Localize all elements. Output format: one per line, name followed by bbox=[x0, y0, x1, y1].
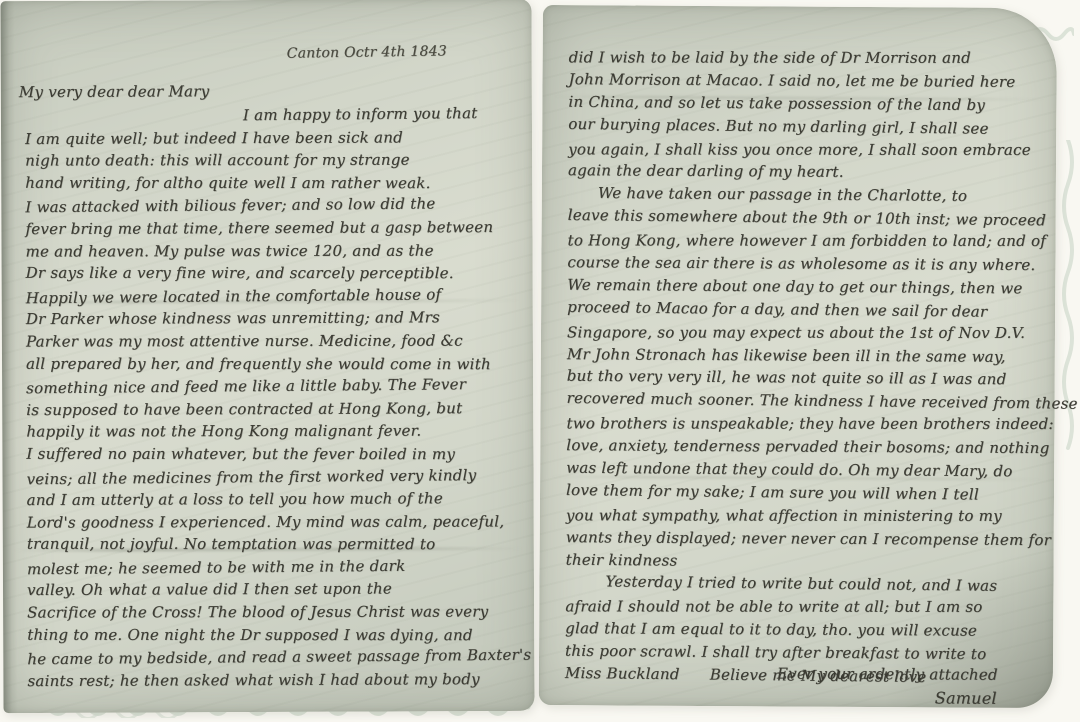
handwritten-line: tranquil, not joyful. No temptation was … bbox=[27, 533, 522, 556]
handwritten-line: valley. Oh what a value did I then set u… bbox=[27, 577, 522, 602]
handwritten-line: love them for my sake; I am sure you wil… bbox=[566, 479, 1044, 507]
handwritten-line: nigh unto death: this will account for m… bbox=[25, 149, 520, 173]
handwritten-line: to Hong Kong, where however I am forbidd… bbox=[568, 229, 1046, 252]
handwritten-line: I suffered no pain whatever, but the fev… bbox=[26, 443, 521, 466]
handwritten-line: me and heaven. My pulse was twice 120, a… bbox=[26, 239, 521, 263]
handwritten-line: two brothers is unspeakable; they have b… bbox=[566, 413, 1044, 436]
handwritten-line: all prepared by her, and frequently she … bbox=[26, 352, 521, 375]
handwritten-line: something nice and feed me like a little… bbox=[26, 373, 521, 400]
handwritten-line: Lord's goodness I experienced. My mind w… bbox=[27, 510, 522, 534]
handwritten-line: Singapore, so you may expect us about th… bbox=[567, 321, 1045, 344]
handwritten-line: leave this somewhere about the 9th or 10… bbox=[568, 204, 1046, 232]
handwritten-line: he came to my bedside, and read a sweet … bbox=[27, 644, 522, 671]
handwritten-line: fever bring me that time, there seemed b… bbox=[25, 216, 520, 241]
handwritten-line: I was attacked with bilious fever; and s… bbox=[25, 192, 520, 219]
letter-page-right: did I wish to be laid by the side of Dr … bbox=[539, 5, 1057, 708]
paper-edge-shadow bbox=[0, 1, 17, 713]
handwritten-line: recovered much sooner. The kindness I ha… bbox=[566, 387, 1044, 415]
signature: Samuel bbox=[935, 687, 997, 710]
dateline: Canton Octr 4th 1843 bbox=[287, 40, 448, 65]
handwritten-line: is supposed to have been contracted at H… bbox=[26, 397, 521, 422]
salutation: My very dear dear Mary bbox=[19, 80, 210, 103]
handwritten-line: thing to me. One night the Dr supposed I… bbox=[27, 623, 522, 646]
handwritten-line: saints rest; he then asked what wish I h… bbox=[27, 668, 522, 693]
handwritten-line: hand writing, for altho quite well I am … bbox=[25, 172, 520, 195]
handwritten-line: you what sympathy, what affection in min… bbox=[566, 504, 1044, 527]
handwritten-line: proceed to Macao for a day, and then we … bbox=[567, 296, 1045, 324]
handwritten-line: you again, I shall kiss you once more, I… bbox=[568, 138, 1046, 161]
handwritten-line: course the sea air there is as wholesome… bbox=[567, 251, 1045, 277]
handwritten-line: molest me; he seemed to be with me in th… bbox=[27, 554, 522, 581]
scanned-letter: Canton Octr 4th 1843 My very dear dear M… bbox=[0, 0, 1080, 722]
letter-body-left: I am happy to inform you that I am quite… bbox=[25, 103, 523, 693]
handwritten-line: and I am utterly at a loss to tell you h… bbox=[27, 487, 522, 512]
handwritten-line: Sacrifice of the Cross! The blood of Jes… bbox=[27, 600, 522, 624]
letter-page-left: Canton Octr 4th 1843 My very dear dear M… bbox=[0, 0, 534, 713]
handwritten-line: wants they displayed; never never can I … bbox=[566, 526, 1044, 552]
valediction: Ever your ardently attached bbox=[777, 662, 998, 686]
handwritten-line: Parker was my most attentive nurse. Medi… bbox=[26, 329, 521, 353]
handwritten-line: our burying places. But no my darling gi… bbox=[568, 113, 1046, 141]
letter-body-right: did I wish to be laid by the side of Dr … bbox=[565, 45, 1047, 689]
handwritten-line: John Morrison at Macao. I said no, let m… bbox=[568, 68, 1046, 94]
handwritten-line: did I wish to be laid by the side of Dr … bbox=[569, 46, 1047, 69]
handwritten-line: Dr says like a very fine wire, and scarc… bbox=[26, 262, 521, 285]
handwritten-line: love, anxiety, tenderness pervaded their… bbox=[566, 434, 1044, 460]
handwritten-line: veins; all the medicines from the first … bbox=[26, 463, 521, 490]
handwritten-line: afraid I should not be able to write at … bbox=[565, 596, 1043, 619]
handwritten-line: I am happy to inform you that bbox=[25, 102, 520, 129]
handwritten-line: happily it was not the Hong Kong maligna… bbox=[26, 420, 521, 444]
handwritten-line: I am quite well; but indeed I have been … bbox=[25, 125, 520, 150]
handwritten-line: Dr Parker whose kindness was unremitting… bbox=[26, 306, 521, 331]
handwritten-line: Happily we were located in the comfortab… bbox=[26, 282, 521, 309]
